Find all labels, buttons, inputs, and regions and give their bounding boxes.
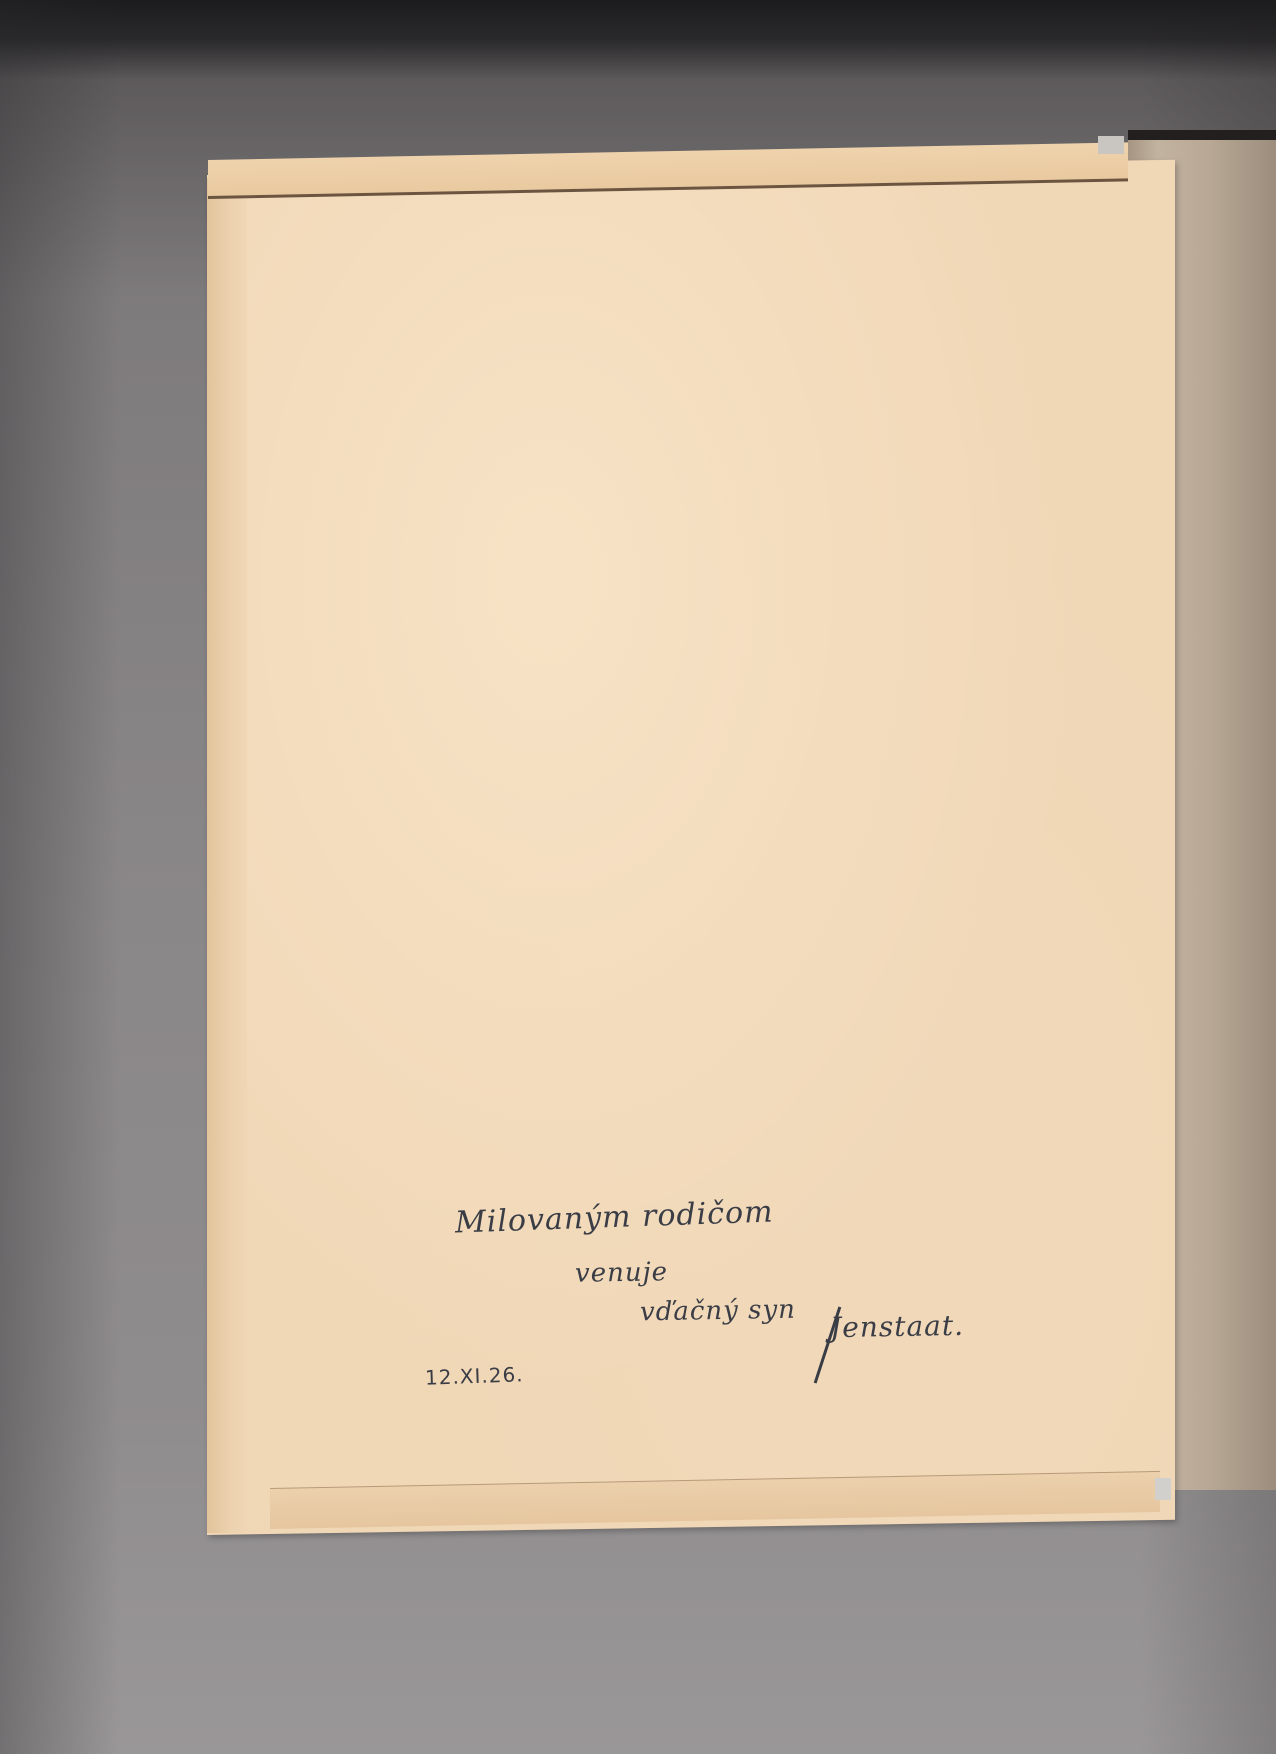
board-spine-edge [207, 178, 247, 1533]
inscription-date: 12.XI.26. [425, 1362, 524, 1389]
inscription-line-3: vďačný syn [640, 1295, 796, 1328]
book-cover-board [207, 160, 1175, 1535]
inscription-signature: Jenstaat. [830, 1309, 965, 1344]
tailband-tab [1155, 1478, 1171, 1500]
inscription-line-2: venuje [575, 1257, 669, 1289]
headband-tab [1098, 136, 1124, 154]
